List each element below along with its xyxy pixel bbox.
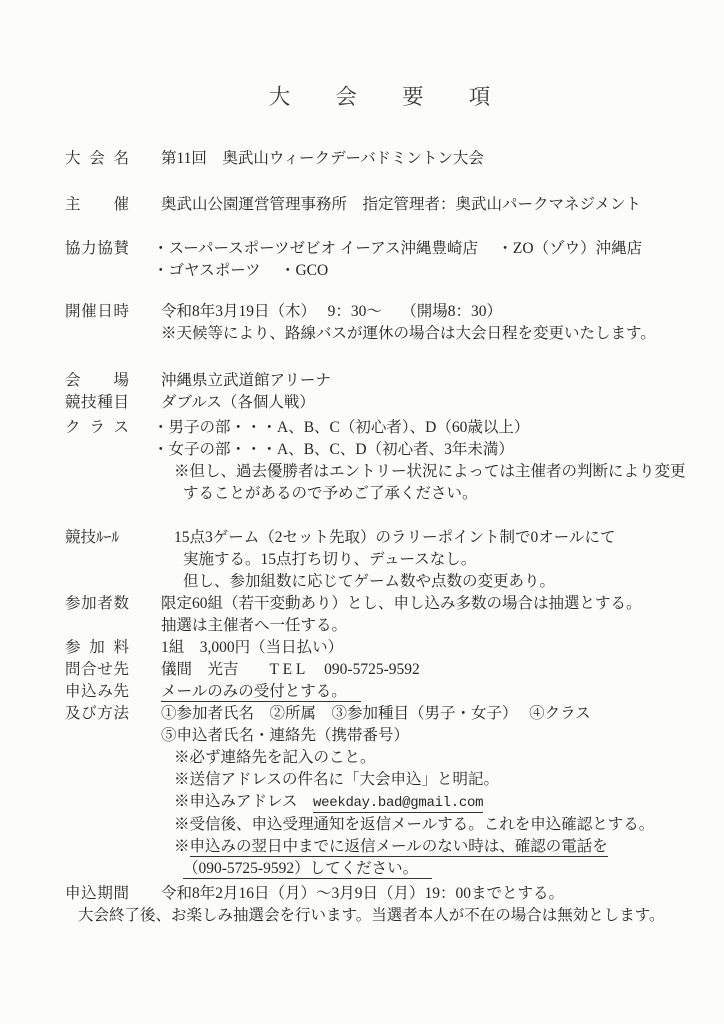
row-rules: 競技ﾙｰﾙ 15点3ゲーム（2セット先取）のラリーポイント制で0オールにて 実施… <box>65 527 694 593</box>
no-reply-warning: 申込みの翌日中までに返信メールのない時は、確認の電話を <box>190 838 608 857</box>
row-label: 参加料 <box>65 637 129 659</box>
row-sponsors: 協力協賛 ・スーパースポーツゼビオ イーアス沖縄豊崎店 ・ZO（ゾウ）沖縄店 ・… <box>65 238 694 282</box>
rule-line: 但し、参加組数に応じてゲーム数や点数の変更あり。 <box>161 571 694 593</box>
rule-line: 15点3ゲーム（2セット先取）のラリーポイント制で0オールにて <box>161 527 694 549</box>
document-title: 大会要項 <box>65 84 694 110</box>
scanned-document-page: 大会要項 大会名 第11回 奥武山ウィークデーバドミントン大会 主催 奥武山公園… <box>0 0 724 1024</box>
event-datetime: 令和8年3月19日（木） 9：30～ （開場8：30） <box>161 301 694 323</box>
class-note-cont: することがあるので予めご了承ください。 <box>161 483 694 505</box>
class-women: ・女子の部・・・A、B、C、D（初心者、3年未満） <box>153 439 694 461</box>
email-label: ※申込みアドレス <box>174 793 313 810</box>
row-application-to: 申込み先 メールのみの受付とする。 <box>65 681 694 703</box>
row-label: 申込み先 <box>65 681 129 703</box>
row-label: 主催 <box>65 194 129 216</box>
application-period: 令和8年2月16日（月）～3月9日（月）19：00までとする。 <box>161 883 694 905</box>
confirmation-phone: （090-5725-9592）してください。 <box>183 860 432 879</box>
row-label: 開催日時 <box>65 301 129 323</box>
confirmation-phone-line: （090-5725-9592）してください。 <box>161 858 694 880</box>
class-men: ・男子の部・・・A、B、C（初心者）、D（60歳以上） <box>153 417 694 439</box>
row-label: 申込期間 <box>65 883 129 905</box>
row-event-type: 競技種目 ダブルス（各個人戦） <box>65 392 694 414</box>
required-items-line2: ⑤申込者氏名・連絡先（携帯番号） <box>161 725 694 747</box>
event-type: ダブルス（各個人戦） <box>161 392 694 414</box>
raffle-note: 大会終了後、お楽しみ抽選会を行います。当選者本人が不在の場合は無効とします。 <box>65 905 694 927</box>
row-participants: 参加者数 限定60組（若干変動あり）とし、申し込み多数の場合は抽選とする。 抽選… <box>65 593 694 637</box>
lottery-note: 抽選は主催者へ一任する。 <box>161 615 694 637</box>
fee-amount: 1組 3,000円（当日払い） <box>161 637 694 659</box>
note-contact-required: ※必ず連絡先を記入のこと。 <box>161 747 694 769</box>
document-body: 大会要項 大会名 第11回 奥武山ウィークデーバドミントン大会 主催 奥武山公園… <box>0 0 724 927</box>
row-label: 参加者数 <box>65 593 129 615</box>
organizer-text: 奥武山公園運営管理事務所 指定管理者：奥武山パークマネジメント <box>161 194 694 216</box>
note-no-reply: ※申込みの翌日中までに返信メールのない時は、確認の電話を <box>161 836 694 858</box>
required-items-line: ①参加者氏名 ②所属 ③参加種目（男子・女子） ④クラス <box>161 703 694 725</box>
note-confirmation-reply: ※受信後、申込受理通知を返信メールする。これを申込確認とする。 <box>161 814 694 836</box>
row-venue: 会場 沖縄県立武道館アリーナ <box>65 370 694 392</box>
note-subject-line: ※送信アドレスの件名に「大会申込」と明記。 <box>161 769 694 791</box>
reference-mark: ※ <box>174 838 190 855</box>
row-classes: クラス ・男子の部・・・A、B、C（初心者）、D（60歳以上） ・女子の部・・・… <box>65 417 694 505</box>
row-fee: 参加料 1組 3,000円（当日払い） <box>65 637 694 659</box>
contact-info: 儀間 光吉 T E L 090-5725-9592 <box>161 659 694 681</box>
class-note: ※但し、過去優勝者はエントリー状況によっては主催者の判断により変更 <box>161 461 694 483</box>
venue-name: 沖縄県立武道館アリーナ <box>161 370 694 392</box>
row-label: 及び方法 <box>65 703 129 725</box>
row-organizer: 主催 奥武山公園運営管理事務所 指定管理者：奥武山パークマネジメント <box>65 194 694 216</box>
row-label: 競技ﾙｰﾙ <box>65 527 129 549</box>
row-label: 協力協賛 <box>65 238 129 260</box>
row-label: 問合せ先 <box>65 659 129 681</box>
sponsor-line: ・ゴヤスポーツ ・GCO <box>153 260 694 282</box>
row-label: 競技種目 <box>65 392 129 414</box>
note-email-address: ※申込みアドレス weekday.bad@gmail.com <box>161 791 694 814</box>
row-tournament-name: 大会名 第11回 奥武山ウィークデーバドミントン大会 <box>65 148 694 170</box>
row-date-time: 開催日時 令和8年3月19日（木） 9：30～ （開場8：30） ※天候等により… <box>65 301 694 345</box>
row-application-period: 申込期間 令和8年2月16日（月）～3月9日（月）19：00までとする。 <box>65 883 694 905</box>
rule-line: 実施する。15点打ち切り、デュースなし。 <box>161 549 694 571</box>
email-only-note: メールのみの受付とする。 <box>161 683 361 702</box>
row-application-method: 及び方法 ①参加者氏名 ②所属 ③参加種目（男子・女子） ④クラス ⑤申込者氏名… <box>65 703 694 880</box>
row-contact: 問合せ先 儀間 光吉 T E L 090-5725-9592 <box>65 659 694 681</box>
participants-limit: 限定60組（若干変動あり）とし、申し込み多数の場合は抽選とする。 <box>161 593 694 615</box>
application-method-line: メールのみの受付とする。 <box>161 681 694 703</box>
row-label: 会場 <box>65 370 129 392</box>
row-label: 大会名 <box>65 148 129 170</box>
sponsor-line: ・スーパースポーツゼビオ イーアス沖縄豊崎店 ・ZO（ゾウ）沖縄店 <box>153 238 694 260</box>
tournament-name: 第11回 奥武山ウィークデーバドミントン大会 <box>161 148 694 170</box>
application-email: weekday.bad@gmail.com <box>313 795 483 813</box>
row-label: クラス <box>65 417 129 439</box>
weather-note: ※天候等により、路線バスが運休の場合は大会日程を変更いたします。 <box>161 323 694 345</box>
